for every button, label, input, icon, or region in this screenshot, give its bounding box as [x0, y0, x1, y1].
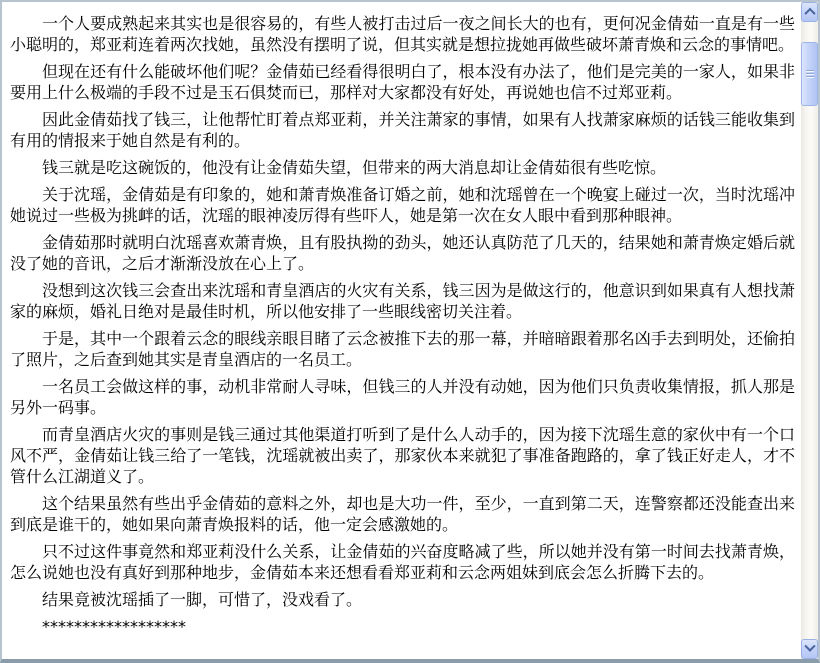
- scroll-up-button[interactable]: [801, 2, 818, 22]
- paragraph: 一名员工会做这样的事，动机非常耐人寻味，但钱三的人并没有动她，因为他们只负责收集…: [10, 376, 795, 418]
- chevron-up-icon: [804, 8, 815, 19]
- paragraph: 关于沈瑶，金倩茹是有印象的，她和萧青焕准备订婚之前，她和沈瑶曾在一个晚宴上碰过一…: [10, 184, 795, 226]
- paragraph: 而青皇酒店火灾的事则是钱三通过其他渠道打听到了是什么人动手的，因为接下沈瑶生意的…: [10, 424, 795, 487]
- paragraph: ******************: [10, 616, 795, 637]
- paragraph: 金倩茹那时就明白沈瑶喜欢萧青焕，且有股执拗的劲头，她还认真防范了几天的，结果她和…: [10, 232, 795, 274]
- paragraph: 只不过这件事竟然和郑亚莉没什么关系，让金倩茹的兴奋度略减了些，所以她并没有第一时…: [10, 541, 795, 583]
- reader-window: 一个人要成熟起来其实也是很容易的，有些人被打击过后一夜之间长大的也有，更何况金倩…: [0, 0, 820, 663]
- paragraph: 这个结果虽然有些出乎金倩茹的意料之外，却也是大功一件，至少，一直到第二天，连警察…: [10, 493, 795, 535]
- paragraph: 因此金倩茹找了钱三，让他帮忙盯着点郑亚莉，并关注萧家的事情，如果有人找萧家麻烦的…: [10, 109, 795, 151]
- paragraph: 结果竟被沈瑶插了一脚，可惜了，没戏看了。: [10, 589, 795, 610]
- paragraph: 于是，其中一个跟着云念的眼线亲眼目睹了云念被推下去的那一幕，并暗暗跟着那名凶手去…: [10, 328, 795, 370]
- vertical-scrollbar[interactable]: [801, 2, 818, 659]
- paragraph: 钱三就是吃这碗饭的，他没有让金倩茹失望，但带来的两大消息却让金倩茹很有些吃惊。: [10, 157, 795, 178]
- scrollbar-thumb[interactable]: [801, 42, 818, 106]
- scroll-down-button[interactable]: [801, 639, 818, 659]
- paragraph: 但现在还有什么能破坏他们呢？金倩茹已经看得很明白了，根本没有办法了，他们是完美的…: [10, 61, 795, 103]
- document-text: 一个人要成熟起来其实也是很容易的，有些人被打击过后一夜之间长大的也有，更何况金倩…: [2, 2, 801, 659]
- grip-lines-icon: [806, 70, 814, 78]
- chevron-down-icon: [804, 641, 815, 652]
- paragraph: 一个人要成熟起来其实也是很容易的，有些人被打击过后一夜之间长大的也有，更何况金倩…: [10, 13, 795, 55]
- scrollbar-track[interactable]: [801, 22, 818, 639]
- paragraph: 没想到这次钱三会查出来沈瑶和青皇酒店的火灾有关系，钱三因为是做这行的，他意识到如…: [10, 280, 795, 322]
